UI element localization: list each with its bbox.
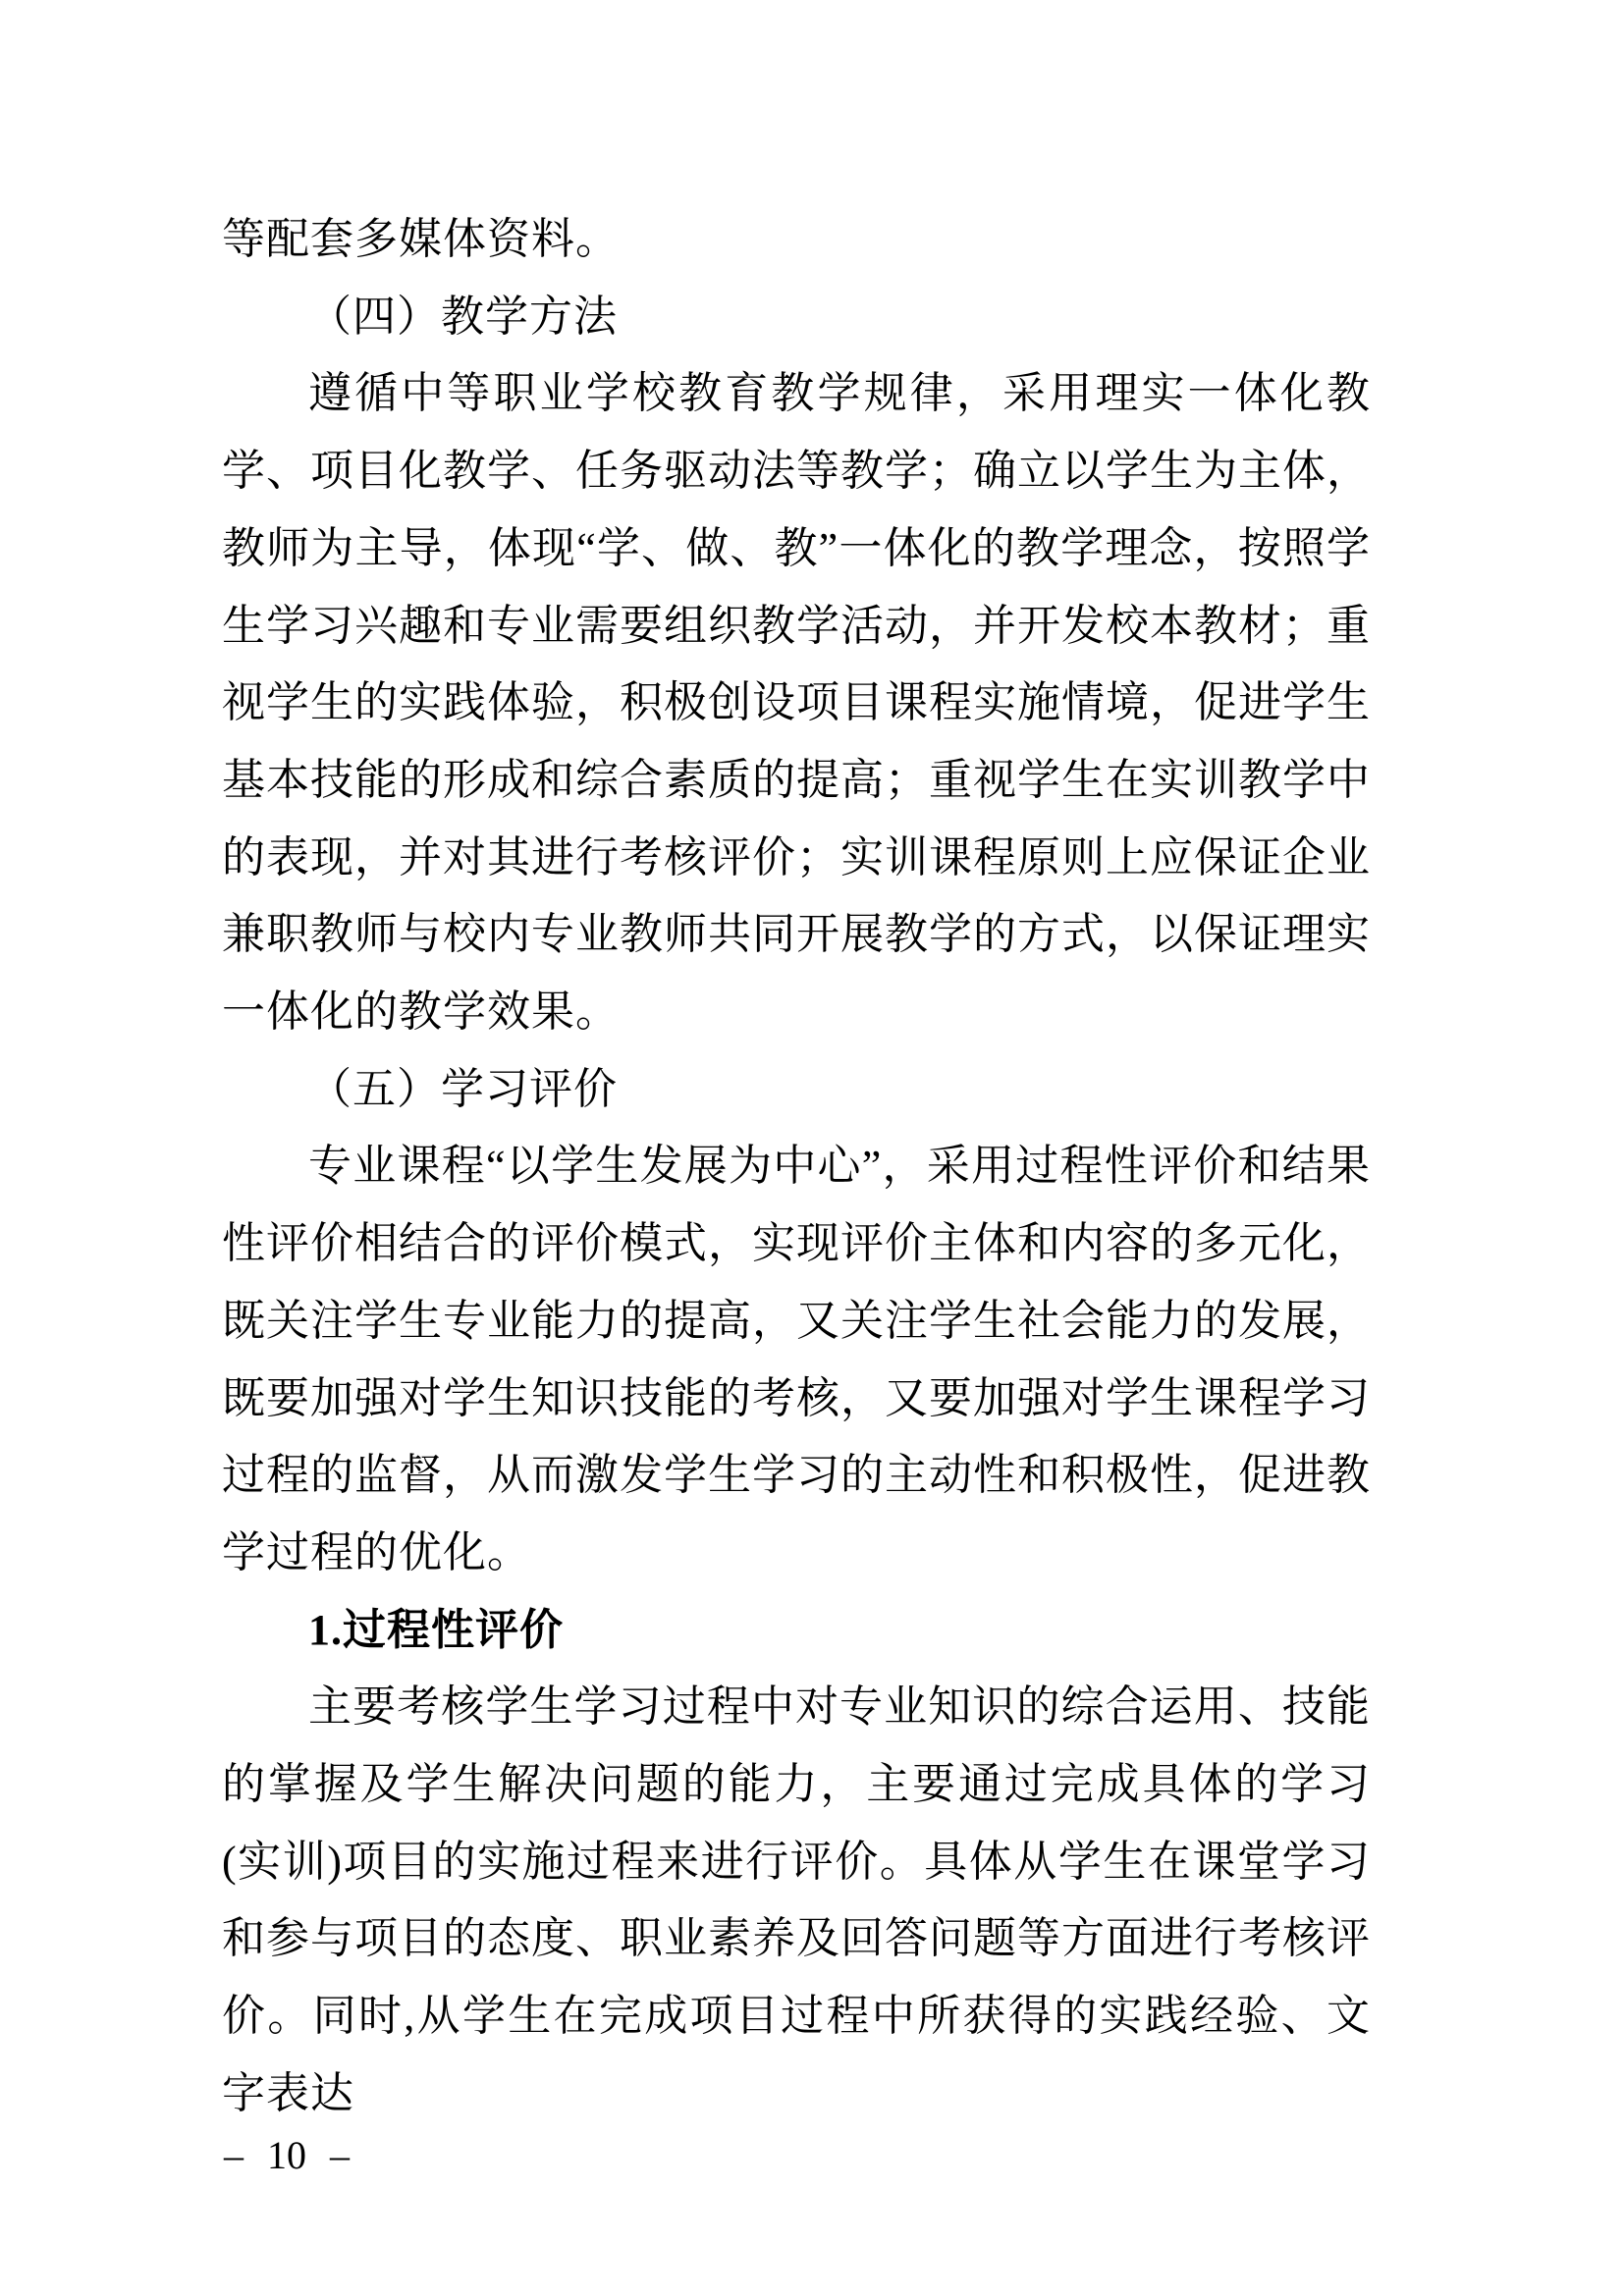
paragraph-process-evaluation: 主要考核学生学习过程中对专业知识的综合运用、技能的掌握及学生解决问题的能力，主要… [222, 1669, 1371, 2132]
section-heading-teaching-methods: （四）教学方法 [222, 279, 1371, 356]
document-page: 等配套多媒体资料。 （四）教学方法 遵循中等职业学校教育教学规律，采用理实一体化… [0, 0, 1624, 2296]
page-number: – 10 – [224, 2132, 350, 2179]
paragraph-learning-evaluation: 专业课程“以学生发展为中心”，采用过程性评价和结果性评价相结合的评价模式，实现评… [222, 1128, 1371, 1591]
paragraph-continuation: 等配套多媒体资料。 [222, 201, 1371, 279]
paragraph-teaching-methods: 遵循中等职业学校教育教学规律，采用理实一体化教学、项目化教学、任务驱动法等教学；… [222, 355, 1371, 1050]
section-heading-learning-evaluation: （五）学习评价 [222, 1051, 1371, 1129]
subsection-heading-process-evaluation: 1.过程性评价 [222, 1592, 1371, 1670]
document-body: 等配套多媒体资料。 （四）教学方法 遵循中等职业学校教育教学规律，采用理实一体化… [222, 201, 1371, 2133]
